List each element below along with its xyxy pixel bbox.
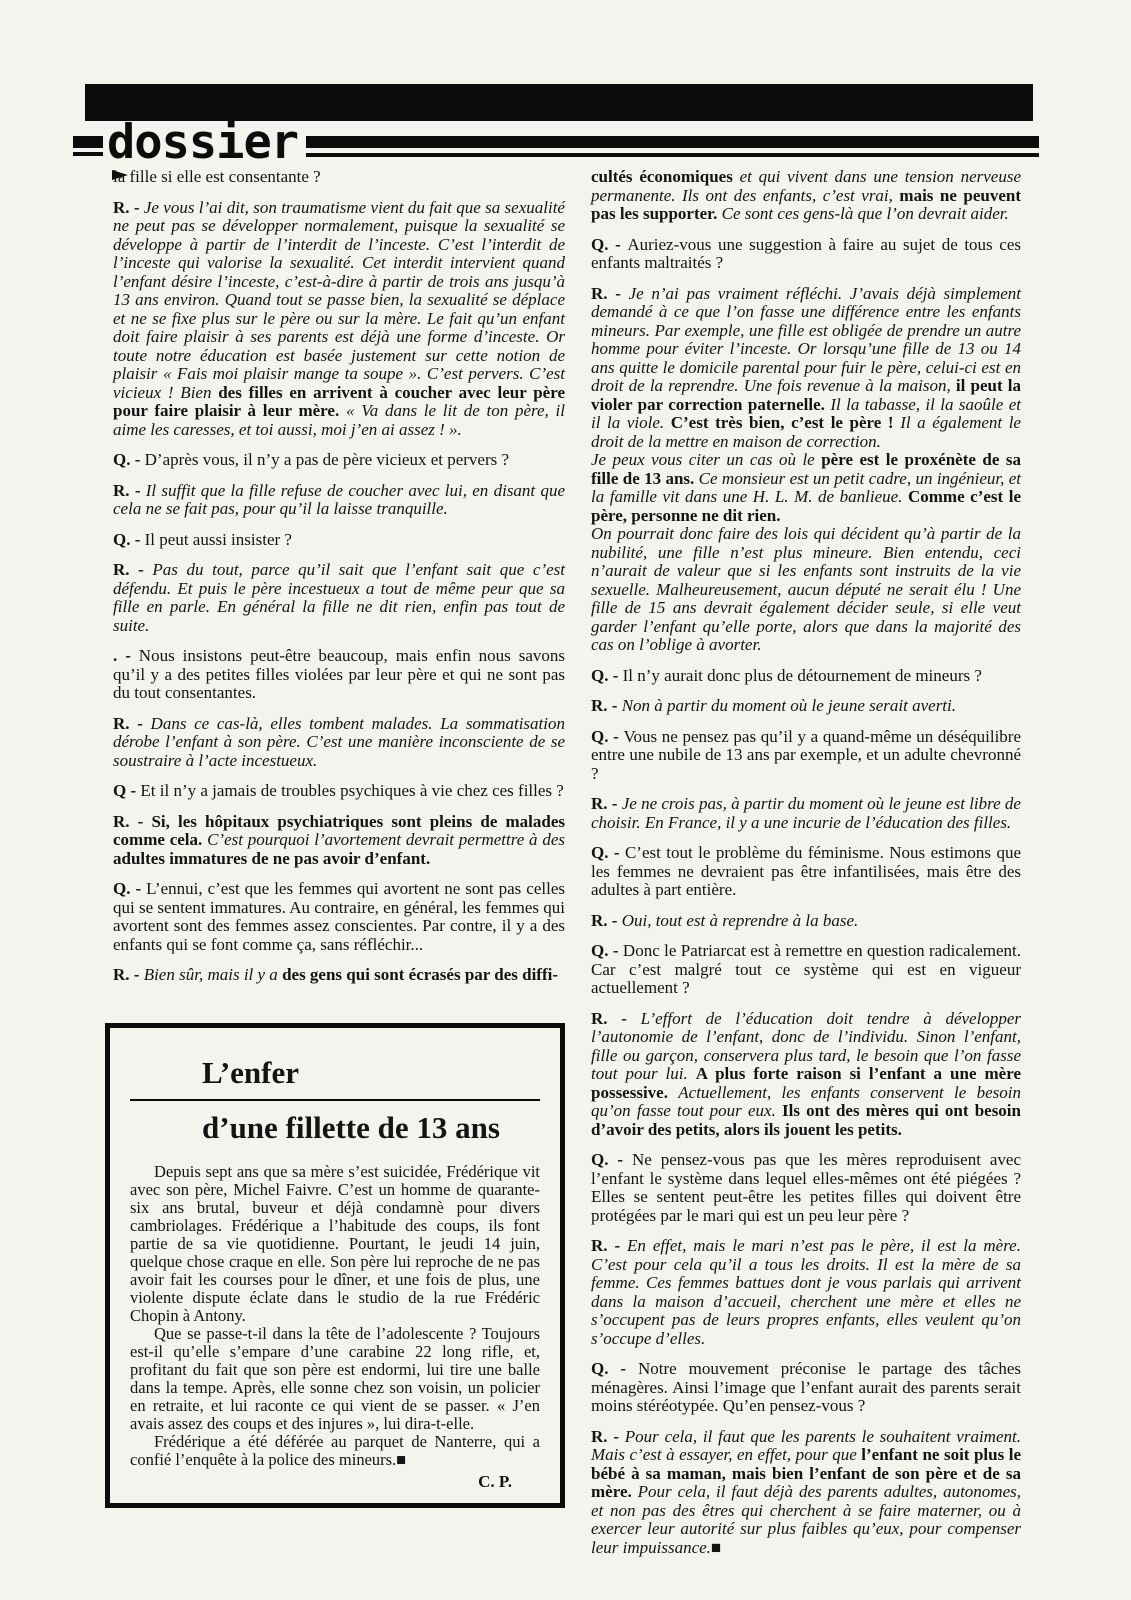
paragraph: Q. - Il peut aussi insister ? xyxy=(113,531,565,550)
text-run: D’après vous, il n’y a pas de père vicie… xyxy=(145,450,509,469)
paragraph: R. - En effet, mais le mari n’est pas le… xyxy=(591,1237,1021,1348)
paragraph: R. - Pour cela, il faut que les parents … xyxy=(591,1428,1021,1558)
text-run: Je ne crois pas, à partir du moment où l… xyxy=(591,794,1021,832)
text-run: R. - xyxy=(113,481,146,500)
paragraph: R. - Je ne crois pas, à partir du moment… xyxy=(591,795,1021,832)
text-run: C’est très bien, c’est le père ! xyxy=(671,413,900,432)
text-run: R. - xyxy=(591,284,629,303)
text-run: Q. - xyxy=(591,235,627,254)
text-run: R. - xyxy=(591,1009,641,1028)
box-title-line2: d’une fillette de 13 ans xyxy=(130,1111,540,1145)
text-run: Je vous l’ai dit, son traumatisme vient … xyxy=(113,198,565,402)
text-run: R. - xyxy=(113,714,151,733)
text-run: Oui, tout est à reprendre à la base. xyxy=(622,911,859,930)
header-rule-right xyxy=(306,136,1039,157)
rule-thick xyxy=(73,136,103,148)
text-run: Il n’y aurait donc plus de détournement … xyxy=(623,666,982,685)
paragraph: Q. - Vous ne pensez pas qu’il y a quand-… xyxy=(591,728,1021,784)
paragraph: Q. - Il n’y aurait donc plus de détourne… xyxy=(591,667,1021,686)
paragraph: Q. - Notre mouvement préconise le partag… xyxy=(591,1360,1021,1416)
text-run: Ce sont ces gens-là que l’on devrait aid… xyxy=(722,204,1009,223)
text-run: Bien sûr, mais il y a xyxy=(144,965,282,984)
paragraph: Je peux vous citer un cas où le père est… xyxy=(591,451,1021,525)
paragraph: Q. - Ne pensez-vous pas que les mères re… xyxy=(591,1151,1021,1225)
paragraph: R. - Pas du tout, parce qu’il sait que l… xyxy=(113,561,565,635)
paragraph: Q. - Donc le Patriarcat est à remettre e… xyxy=(591,942,1021,998)
rule-thin xyxy=(73,152,103,156)
text-run: On pourrait donc faire des lois qui déci… xyxy=(591,524,1021,654)
text-run: R. - xyxy=(591,1236,627,1255)
text-run: Il peut aussi insister ? xyxy=(145,530,292,549)
text-run: Et il n’y a jamais de troubles psychique… xyxy=(140,781,563,800)
paragraph: R. - Dans ce cas-là, elles tombent malad… xyxy=(113,715,565,771)
paragraph: R. - Il suffit que la fille refuse de co… xyxy=(113,482,565,519)
text-run: . - xyxy=(113,646,139,665)
text-run: C’est tout le problème du féminisme. Nou… xyxy=(591,843,1021,899)
text-run: Q. - xyxy=(113,450,145,469)
magazine-page: dossier la fille si elle est consentante… xyxy=(0,0,1131,1600)
box-paragraph: Que se passe-t-il dans la tête de l’adol… xyxy=(130,1325,540,1433)
rule-thick xyxy=(306,136,1039,148)
box-signature: C. P. xyxy=(130,1473,540,1492)
paragraph: la fille si elle est consentante ? xyxy=(113,168,565,187)
paragraph: R. - Je n’ai pas vraiment réfléchi. J’av… xyxy=(591,285,1021,452)
text-run: R. - xyxy=(591,794,622,813)
paragraph: R. - L’effort de l’éducation doit tendre… xyxy=(591,1010,1021,1140)
text-run: Auriez-vous une suggestion à faire au su… xyxy=(591,235,1021,273)
text-run: Non à partir du moment où le jeune serai… xyxy=(622,696,956,715)
text-run: L’ennui, c’est que les femmes qui avorte… xyxy=(113,879,565,954)
text-run: Ne pensez-vous pas que les mères reprodu… xyxy=(591,1150,1021,1225)
text-run: En effet, mais le mari n’est pas le père… xyxy=(591,1236,1021,1348)
paragraph: On pourrait donc faire des lois qui déci… xyxy=(591,525,1021,655)
text-run: Il suffit que la fille refuse de coucher… xyxy=(113,481,565,519)
paragraph: Q. - Auriez-vous une suggestion à faire … xyxy=(591,236,1021,273)
left-column-text: la fille si elle est consentante ?R. - J… xyxy=(113,168,565,985)
text-run: Nous insistons peut-être beaucoup, mais … xyxy=(113,646,565,702)
text-run: R. - xyxy=(113,965,144,984)
paragraph: Q. - D’après vous, il n’y a pas de père … xyxy=(113,451,565,470)
paragraph: Q - Et il n’y a jamais de troubles psych… xyxy=(113,782,565,801)
text-run: des gens qui sont écrasés par des diffi- xyxy=(282,965,558,984)
text-run: cultés économiques xyxy=(591,167,740,186)
text-run: Notre mouvement préconise le partage des… xyxy=(591,1359,1021,1415)
header-rule-left xyxy=(73,136,103,156)
text-run: Vous ne pensez pas qu’il y a quand-même … xyxy=(591,727,1021,783)
text-run: R. - xyxy=(113,560,152,579)
box-title-rule xyxy=(130,1099,540,1101)
box-title-line1: L’enfer xyxy=(130,1056,540,1090)
article-columns: la fille si elle est consentante ?R. - J… xyxy=(113,168,1021,1557)
text-run: Q. - xyxy=(591,941,623,960)
text-run: Q. - xyxy=(591,1359,638,1378)
text-run: Q. - xyxy=(591,727,623,746)
box-paragraph: Frédérique a été déférée au parquet de N… xyxy=(130,1433,540,1469)
text-run: Je peux vous citer un cas où le xyxy=(591,450,821,469)
text-run: Pour cela, il faut déjà des parents adul… xyxy=(591,1482,1021,1557)
paragraph: R. - Bien sûr, mais il y a des gens qui … xyxy=(113,966,565,985)
paragraph: R. - Si, les hôpitaux psychiatriques son… xyxy=(113,813,565,869)
text-run: Pas du tout, parce qu’il sait que l’enfa… xyxy=(113,560,565,635)
text-run: la fille si elle est consentante ? xyxy=(113,167,321,186)
paragraph: R. - Oui, tout est à reprendre à la base… xyxy=(591,912,1021,931)
box-body: Depuis sept ans que sa mère s’est suicid… xyxy=(130,1163,540,1469)
paragraph: Q. - C’est tout le problème du féminisme… xyxy=(591,844,1021,900)
text-run: Q - xyxy=(113,781,140,800)
paragraph: R. - Non à partir du moment où le jeune … xyxy=(591,697,1021,716)
paragraph: . - Nous insistons peut-être beaucoup, m… xyxy=(113,647,565,703)
sidebar-box: L’enfer d’une fillette de 13 ans Depuis … xyxy=(105,1023,565,1509)
right-column: cultés économiques et qui vivent dans un… xyxy=(591,168,1021,1557)
text-run: adultes immatures de ne pas avoir d’enfa… xyxy=(113,849,430,868)
box-paragraph: Depuis sept ans que sa mère s’est suicid… xyxy=(130,1163,540,1325)
text-run: R. - xyxy=(591,696,622,715)
section-title: dossier xyxy=(103,124,306,162)
text-run: C’est pourquoi l’avortement devrait perm… xyxy=(207,830,565,849)
text-run: Q. - xyxy=(591,1150,632,1169)
text-run: Q. - xyxy=(113,879,146,898)
paragraph: R. - Je vous l’ai dit, son traumatisme v… xyxy=(113,199,565,440)
text-run: Donc le Patriarcat est à remettre en que… xyxy=(591,941,1021,997)
text-run: Dans ce cas-là, elles tombent malades. L… xyxy=(113,714,565,770)
section-header: dossier xyxy=(73,124,1039,162)
text-run: Q. - xyxy=(591,666,623,685)
paragraph: cultés économiques et qui vivent dans un… xyxy=(591,168,1021,224)
rule-thin xyxy=(306,153,1039,157)
paragraph: Q. - L’ennui, c’est que les femmes qui a… xyxy=(113,880,565,954)
text-run: R. - xyxy=(113,198,144,217)
text-run: R. - xyxy=(591,1427,625,1446)
text-run: R. - xyxy=(591,911,622,930)
left-column: la fille si elle est consentante ?R. - J… xyxy=(113,168,565,1557)
text-run: Q. - xyxy=(113,530,145,549)
text-run: Q. - xyxy=(591,843,625,862)
